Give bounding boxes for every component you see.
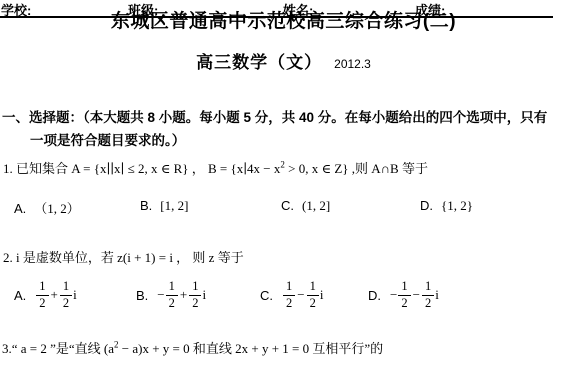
- fraction-numerator: 1: [283, 280, 295, 295]
- fraction: 12: [60, 280, 72, 309]
- fraction: 12: [166, 280, 178, 309]
- section-instructions-line2: 一项是符合题目要求的。）: [30, 129, 567, 149]
- fraction-denominator: 2: [169, 296, 175, 310]
- question-3-text-pre: 3.“ a = 2 ”是“直线 (a: [2, 341, 114, 356]
- fraction-denominator: 2: [310, 296, 316, 310]
- question-2-text: 2. i 是虚数单位，若 z(i + 1) = i ， 则 z 等于: [3, 247, 567, 266]
- q1-option-d-value: {1, 2}: [441, 198, 473, 213]
- section-instructions-line1: 一、选择题：（本大题共 8 小题。每小题 5 分，共 40 分。在每小题给出的四…: [2, 106, 567, 126]
- question-3-text-post: − a)x + y = 0 和直线 2x + y + 1 = 0 互相平行”的: [119, 341, 384, 356]
- q1-option-b-value: [1, 2]: [160, 198, 188, 213]
- q2-option-b-label: B.: [136, 288, 148, 303]
- q1-option-b-label: B.: [140, 198, 152, 213]
- exam-date: 2012.3: [334, 57, 371, 71]
- fraction-numerator: 1: [422, 280, 434, 295]
- q1-option-a-value: （1, 2）: [34, 201, 80, 216]
- fraction: 12: [283, 280, 295, 309]
- q1-option-a: A.（1, 2）: [14, 198, 80, 217]
- question-1-text: 1. 已知集合 A = {x∣∣x∣ ≤ 2, x ∈ R} ， B = {x∣…: [3, 158, 567, 177]
- q1-option-c-label: C.: [281, 198, 294, 213]
- exam-subtitle: 高三数学（文）: [196, 53, 322, 72]
- q2-option-b-sign: −: [157, 287, 164, 303]
- fraction: 12: [307, 280, 319, 309]
- q2-option-c-label: C.: [260, 288, 273, 303]
- subtitle-row: 高三数学（文）2012.3: [0, 48, 567, 73]
- fraction-denominator: 2: [286, 296, 292, 310]
- q1-option-a-label: A.: [14, 201, 26, 216]
- fraction-numerator: 1: [36, 280, 48, 295]
- score-field-label: 成绩:: [415, 0, 445, 19]
- fraction-numerator: 1: [307, 280, 319, 295]
- q1-option-c-value: (1, 2]: [302, 198, 330, 213]
- q2-option-d-label: D.: [368, 288, 381, 303]
- q2-option-d-operator: −: [413, 287, 420, 303]
- fraction: 12: [422, 280, 434, 309]
- fraction-denominator: 2: [401, 296, 407, 310]
- school-field-label: 学校:: [1, 0, 31, 19]
- name-field-label: 姓名:: [283, 0, 313, 19]
- fraction-numerator: 1: [398, 280, 410, 295]
- fraction-denominator: 2: [425, 296, 431, 310]
- fraction-numerator: 1: [166, 280, 178, 295]
- q1-option-b: B.[1, 2]: [140, 198, 188, 214]
- q2-option-c-imaginary-unit: i: [320, 287, 324, 303]
- q2-option-a-operator: +: [51, 287, 58, 303]
- q2-option-b: B. − 12 + 12 i: [136, 276, 206, 314]
- q2-option-c: C. 12 − 12 i: [260, 276, 323, 314]
- q1-option-d: D.{1, 2}: [420, 198, 473, 214]
- fraction-numerator: 1: [60, 280, 72, 295]
- question-1-text-pre: 1. 已知集合 A = {x∣∣x∣ ≤ 2, x ∈ R} ， B = {x∣…: [3, 161, 280, 176]
- question-3-text: 3.“ a = 2 ”是“直线 (a2 − a)x + y = 0 和直线 2x…: [2, 338, 567, 357]
- q2-option-a-imaginary-unit: i: [73, 287, 77, 303]
- fraction: 12: [189, 280, 201, 309]
- class-field-label: 班级:: [128, 0, 158, 19]
- question-1-options: A.（1, 2） B.[1, 2] C.(1, 2] D.{1, 2}: [0, 198, 567, 218]
- fraction-denominator: 2: [39, 296, 45, 310]
- q2-option-a-label: A.: [14, 288, 26, 303]
- fraction-numerator: 1: [189, 280, 201, 295]
- fraction: 12: [398, 280, 410, 309]
- q2-option-c-operator: −: [297, 287, 304, 303]
- q2-option-d-imaginary-unit: i: [435, 287, 439, 303]
- question-2-options: A. 12 + 12 i B. − 12 + 12 i C. 12 − 12 i…: [0, 276, 567, 314]
- q2-option-b-operator: +: [180, 287, 187, 303]
- fraction: 12: [36, 280, 48, 309]
- q2-option-b-imaginary-unit: i: [202, 287, 206, 303]
- q2-option-d: D. − 12 − 12 i: [368, 276, 439, 314]
- exam-page: 东城区普通高中示范校高三综合练习(二) 高三数学（文）2012.3 学校: 班级…: [0, 0, 567, 367]
- fraction-denominator: 2: [192, 296, 198, 310]
- q1-option-d-label: D.: [420, 198, 433, 213]
- q1-option-c: C.(1, 2]: [281, 198, 330, 214]
- q2-option-a: A. 12 + 12 i: [14, 276, 77, 314]
- q2-option-d-sign: −: [390, 287, 397, 303]
- fraction-denominator: 2: [63, 296, 69, 310]
- question-1-text-post: > 0, x ∈ Z} ,则 A∩B 等于: [285, 161, 428, 176]
